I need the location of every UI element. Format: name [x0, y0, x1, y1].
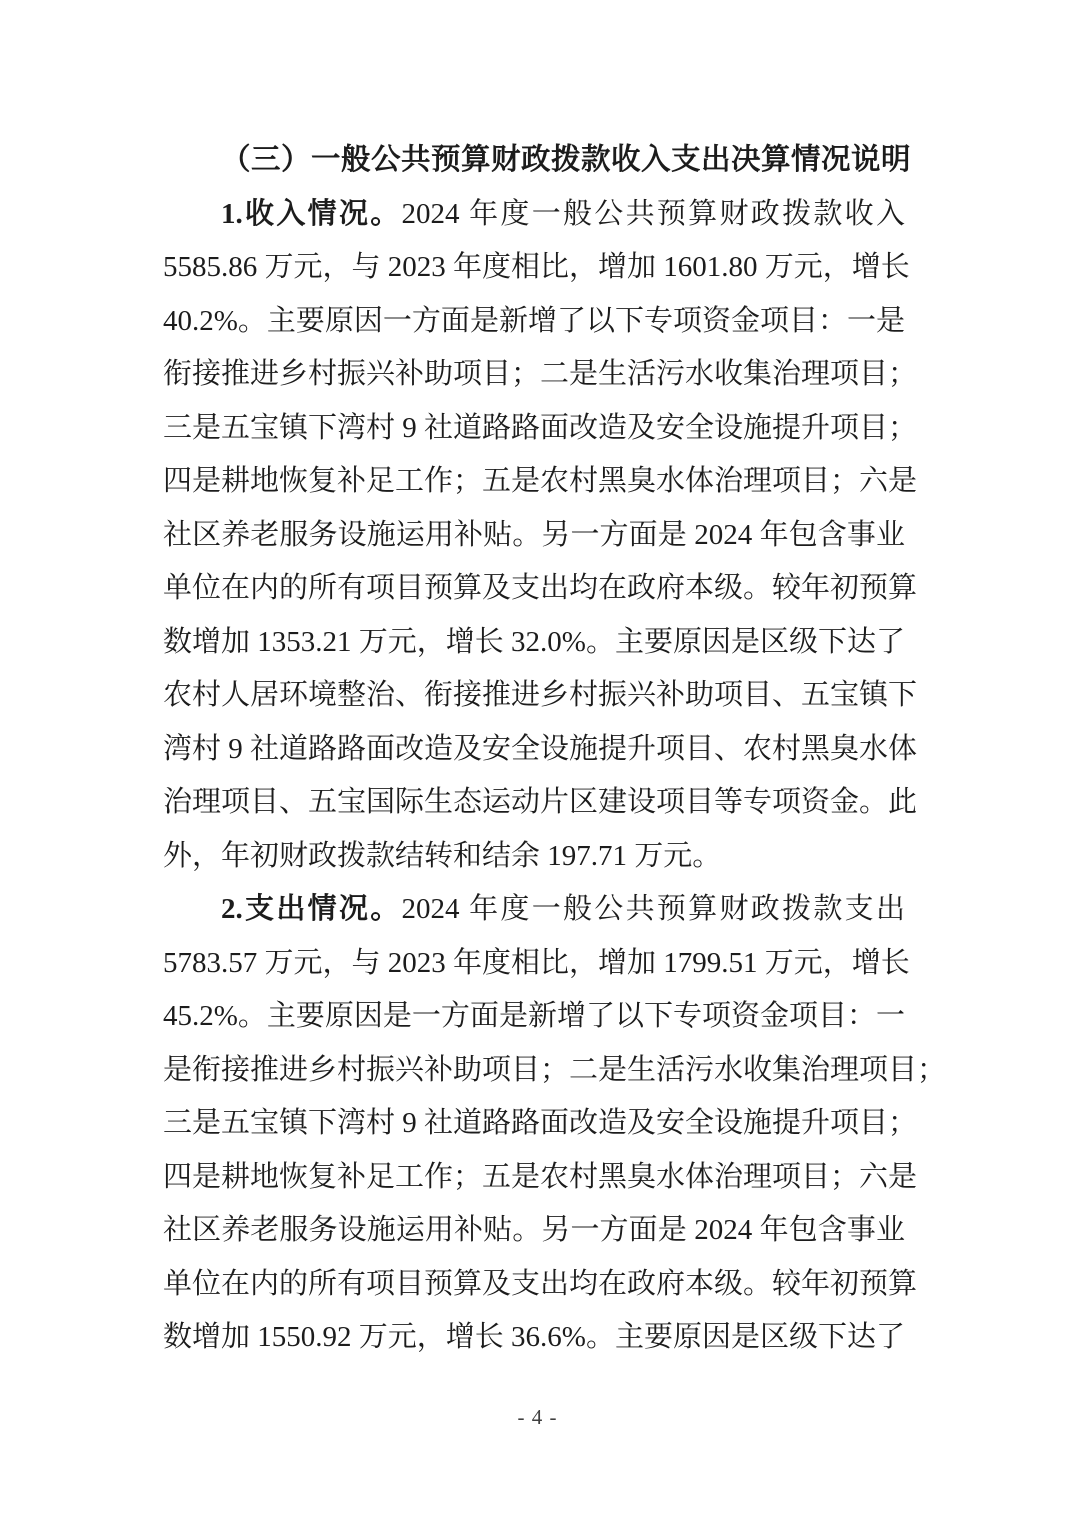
text-line: 社区养老服务设施运用补贴。另一方面是 2024 年包含事业 [163, 1204, 905, 1258]
text-line: 1.收入情况。2024 年度一般公共预算财政拨款收入 [163, 188, 905, 242]
text-line: 是衔接推进乡村振兴补助项目；二是生活污水收集治理项目； [163, 1044, 905, 1098]
paragraph-lead-rest: 2024 年度一般公共预算财政拨款支出 [402, 893, 905, 925]
text-line: 四是耕地恢复补足工作；五是农村黑臭水体治理项目；六是 [163, 1151, 905, 1205]
paragraph-lead: 1.收入情况。 [221, 198, 402, 230]
paragraph-1: 1.收入情况。2024 年度一般公共预算财政拨款收入5585.86 万元，与 2… [163, 188, 905, 884]
paragraph-lead: 2.支出情况。 [221, 893, 402, 925]
paragraph-2: 2.支出情况。2024 年度一般公共预算财政拨款支出5783.57 万元，与 2… [163, 883, 905, 1365]
text-line: 40.2%。主要原因一方面是新增了以下专项资金项目：一是 [163, 295, 905, 349]
text-line: 数增加 1550.92 万元，增长 36.6%。主要原因是区级下达了 [163, 1311, 905, 1365]
text-line: 5783.57 万元，与 2023 年度相比，增加 1799.51 万元，增长 [163, 937, 905, 991]
paragraph-lead-rest: 2024 年度一般公共预算财政拨款收入 [402, 198, 905, 230]
document-content: （三）一般公共预算财政拨款收入支出决算情况说明 1.收入情况。2024 年度一般… [163, 134, 905, 1365]
text-line: 45.2%。主要原因是一方面是新增了以下专项资金项目：一 [163, 990, 905, 1044]
text-line: 湾村 9 社道路路面改造及安全设施提升项目、农村黑臭水体 [163, 723, 905, 777]
text-line: 单位在内的所有项目预算及支出均在政府本级。较年初预算 [163, 562, 905, 616]
text-line: 三是五宝镇下湾村 9 社道路路面改造及安全设施提升项目； [163, 1097, 905, 1151]
document-page: （三）一般公共预算财政拨款收入支出决算情况说明 1.收入情况。2024 年度一般… [0, 0, 1075, 1520]
text-line: 衔接推进乡村振兴补助项目；二是生活污水收集治理项目； [163, 348, 905, 402]
text-line: 外，年初财政拨款结转和结余 197.71 万元。 [163, 830, 905, 884]
text-line: 三是五宝镇下湾村 9 社道路路面改造及安全设施提升项目； [163, 402, 905, 456]
page-number: - 4 - [0, 1404, 1075, 1430]
text-line: 数增加 1353.21 万元，增长 32.0%。主要原因是区级下达了 [163, 616, 905, 670]
text-line: 社区养老服务设施运用补贴。另一方面是 2024 年包含事业 [163, 509, 905, 563]
text-line: 四是耕地恢复补足工作；五是农村黑臭水体治理项目；六是 [163, 455, 905, 509]
section-heading: （三）一般公共预算财政拨款收入支出决算情况说明 [163, 134, 905, 188]
text-line: 单位在内的所有项目预算及支出均在政府本级。较年初预算 [163, 1258, 905, 1312]
text-line: 5585.86 万元，与 2023 年度相比，增加 1601.80 万元，增长 [163, 241, 905, 295]
text-line: 农村人居环境整治、衔接推进乡村振兴补助项目、五宝镇下 [163, 669, 905, 723]
text-line: 2.支出情况。2024 年度一般公共预算财政拨款支出 [163, 883, 905, 937]
text-line: 治理项目、五宝国际生态运动片区建设项目等专项资金。此 [163, 776, 905, 830]
document-body: 1.收入情况。2024 年度一般公共预算财政拨款收入5585.86 万元，与 2… [163, 188, 905, 1365]
